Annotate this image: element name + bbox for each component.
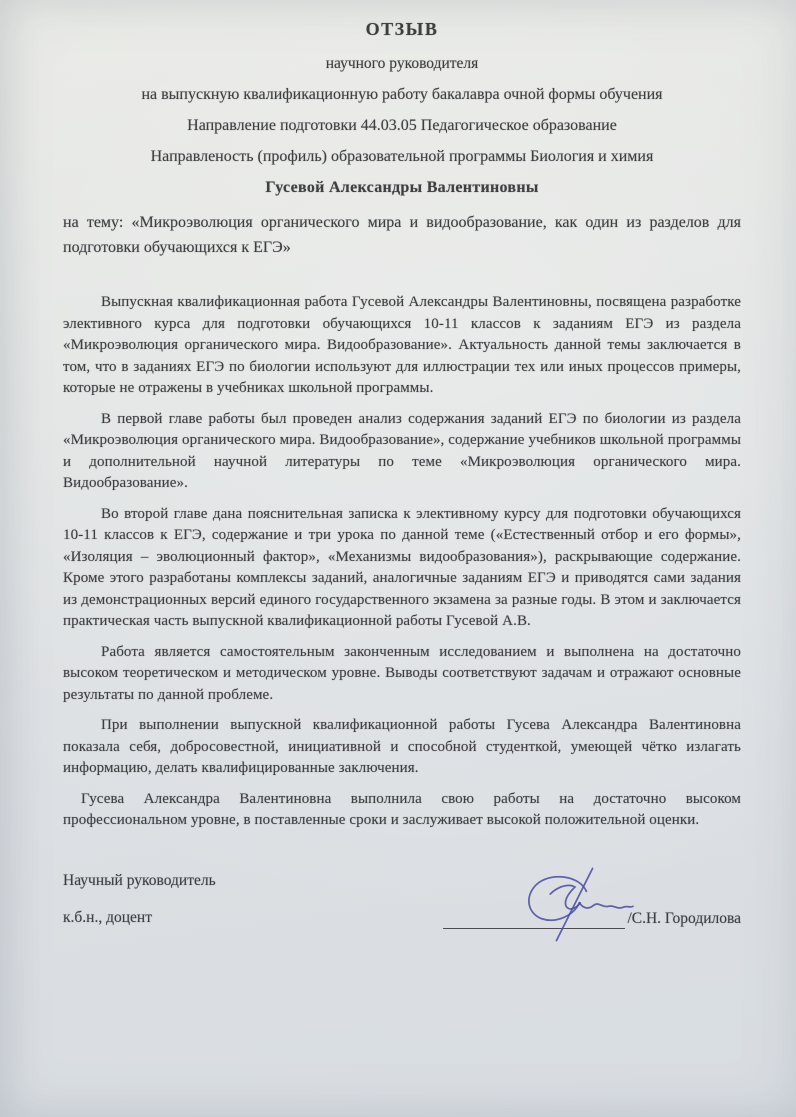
scanned-document-page: ОТЗЫВ научного руководителя на выпускную… bbox=[0, 0, 796, 1117]
signer-role: Научный руководитель bbox=[63, 870, 741, 892]
signature-line bbox=[443, 914, 625, 929]
thesis-topic: на тему: «Микроэволюция органического ми… bbox=[63, 210, 741, 260]
header-line-program-code: Направление подготовки 44.03.05 Педагоги… bbox=[63, 115, 741, 137]
document-title: ОТЗЫВ bbox=[63, 18, 741, 40]
review-document: ОТЗЫВ научного руководителя на выпускную… bbox=[0, 0, 796, 929]
signature-area: /С.Н. Городилова bbox=[443, 909, 741, 929]
signer-degree: к.б.н., доцент bbox=[63, 907, 152, 929]
paragraph-2: В первой главе работы был проведен анали… bbox=[63, 409, 741, 495]
student-name: Гусевой Александры Валентиновны bbox=[63, 177, 741, 199]
signature-icon bbox=[501, 862, 633, 948]
header-line-supervisor: научного руководителя bbox=[63, 53, 741, 75]
paragraph-6: Гусева Александра Валентиновна выполнила… bbox=[63, 789, 741, 832]
paragraph-4: Работа является самостоятельным закончен… bbox=[63, 642, 741, 707]
header-line-work-type: на выпускную квалификационную работу бак… bbox=[63, 84, 741, 106]
paragraph-5: При выполнении выпускной квалификационно… bbox=[63, 715, 741, 780]
signer-name: /С.Н. Городилова bbox=[627, 909, 741, 929]
signature-row: к.б.н., доцент /С.Н. Городилова bbox=[63, 907, 741, 929]
header-line-program-profile: Направленость (профиль) образовательной … bbox=[63, 146, 741, 168]
paragraph-1: Выпускная квалификационная работа Гусево… bbox=[63, 292, 741, 400]
paragraph-3: Во второй главе дана пояснительная запис… bbox=[63, 504, 741, 633]
